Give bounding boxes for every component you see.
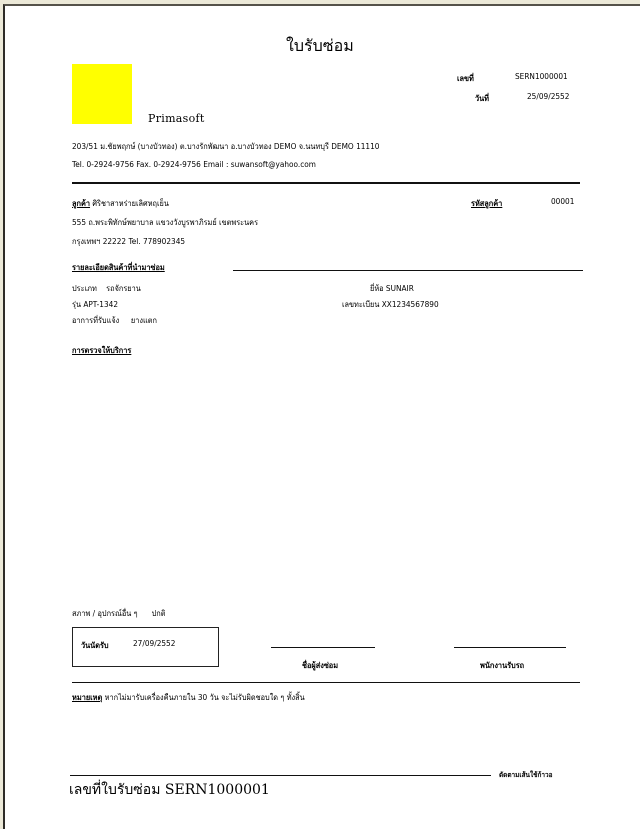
pickup-value: 27/09/2552: [133, 639, 175, 648]
reg-value: XX1234567890: [382, 300, 439, 309]
customer-address-2: กรุงเทพฯ 22222 Tel. 778902345: [72, 235, 185, 248]
symptom-label: อาการที่รับแจ้ง: [72, 316, 119, 325]
customer-code-label: รหัสลูกค้า: [471, 197, 502, 210]
brand-label: ยี่ห้อ: [370, 284, 384, 293]
type-value: รถจักรยาน: [106, 284, 141, 293]
customer-code-value: 00001: [551, 197, 574, 206]
brand-value: SUNAIR: [386, 284, 414, 293]
product-section-label: รายละเอียดสินค้าที่นำมาซ่อม: [72, 261, 165, 274]
customer-line: ลูกค้า ศิริชาสาหร่ายเลิศหฤเย็น: [72, 197, 169, 210]
model-label: รุ่น: [72, 300, 81, 309]
doc-no-label: เลขที่: [457, 72, 474, 85]
product-brand: ยี่ห้อ SUNAIR: [370, 282, 414, 295]
repairer-signature-label: ชื่อผู้ส่งซ่อม: [302, 659, 338, 672]
accessories-line: สภาพ / อุปกรณ์อื่น ๆ ปกติ: [72, 607, 166, 620]
cut-label: ตัดตามเส้นใช้ก้าวอ: [499, 770, 552, 781]
customer-label: ลูกค้า: [72, 199, 90, 208]
model-value: APT-1342: [83, 300, 118, 309]
product-model: รุ่น APT-1342: [72, 298, 118, 311]
company-contact: Tel. 0-2924-9756 Fax. 0-2924-9756 Email …: [72, 160, 316, 169]
cut-line: [70, 775, 491, 776]
pickup-label: วันนัดรับ: [81, 639, 109, 652]
inspection-label: การตรวจให้บริการ: [72, 344, 131, 357]
note-label: หมายเหตุ: [72, 693, 102, 702]
divider-header: [72, 182, 580, 184]
symptom-value: ยางแตก: [131, 316, 157, 325]
product-symptom: อาการที่รับแจ้ง ยางแตก: [72, 314, 157, 327]
document-page: ใบรับซ่อม Primasoft เลขที่ SERN1000001 ว…: [3, 4, 640, 829]
customer-name: ศิริชาสาหร่ายเลิศหฤเย็น: [92, 199, 169, 208]
date-label: วันที่: [475, 92, 489, 105]
note-line: หมายเหตุ หากไม่มารับเครื่องคืนภายใน 30 ว…: [72, 691, 305, 704]
document-title: ใบรับซ่อม: [286, 34, 354, 59]
product-section-rule: [233, 270, 583, 271]
product-type: ประเภท รถจักรยาน: [72, 282, 141, 295]
accessories-label: สภาพ / อุปกรณ์อื่น ๆ: [72, 609, 138, 618]
type-label: ประเภท: [72, 284, 97, 293]
customer-address-1: 555 ถ.พระพิทักษ์พยาบาล แขวงวังบูรพาภิรมย…: [72, 216, 258, 229]
divider-note: [72, 682, 580, 683]
doc-no-value: SERN1000001: [515, 72, 568, 81]
staff-signature-label: พนักงานรับรถ: [480, 659, 524, 672]
repairer-signature-line: [271, 647, 375, 648]
staff-signature-line: [454, 647, 566, 648]
accessories-value: ปกติ: [152, 609, 166, 618]
pickup-date-box: วันนัดรับ 27/09/2552: [72, 627, 219, 667]
reg-label: เลขทะเบียน: [342, 300, 379, 309]
company-address: 203/51 ม.ชัยพฤกษ์ (บางบัวทอง) ต.บางรักพั…: [72, 140, 379, 153]
product-registration: เลขทะเบียน XX1234567890: [342, 298, 439, 311]
company-name: Primasoft: [148, 112, 205, 125]
date-value: 25/09/2552: [527, 92, 569, 101]
note-text: หากไม่มารับเครื่องคืนภายใน 30 วัน จะไม่ร…: [105, 693, 305, 702]
footer-doc-number: เลขที่ใบรับซ่อม SERN1000001: [69, 779, 270, 801]
company-logo: [72, 64, 132, 124]
